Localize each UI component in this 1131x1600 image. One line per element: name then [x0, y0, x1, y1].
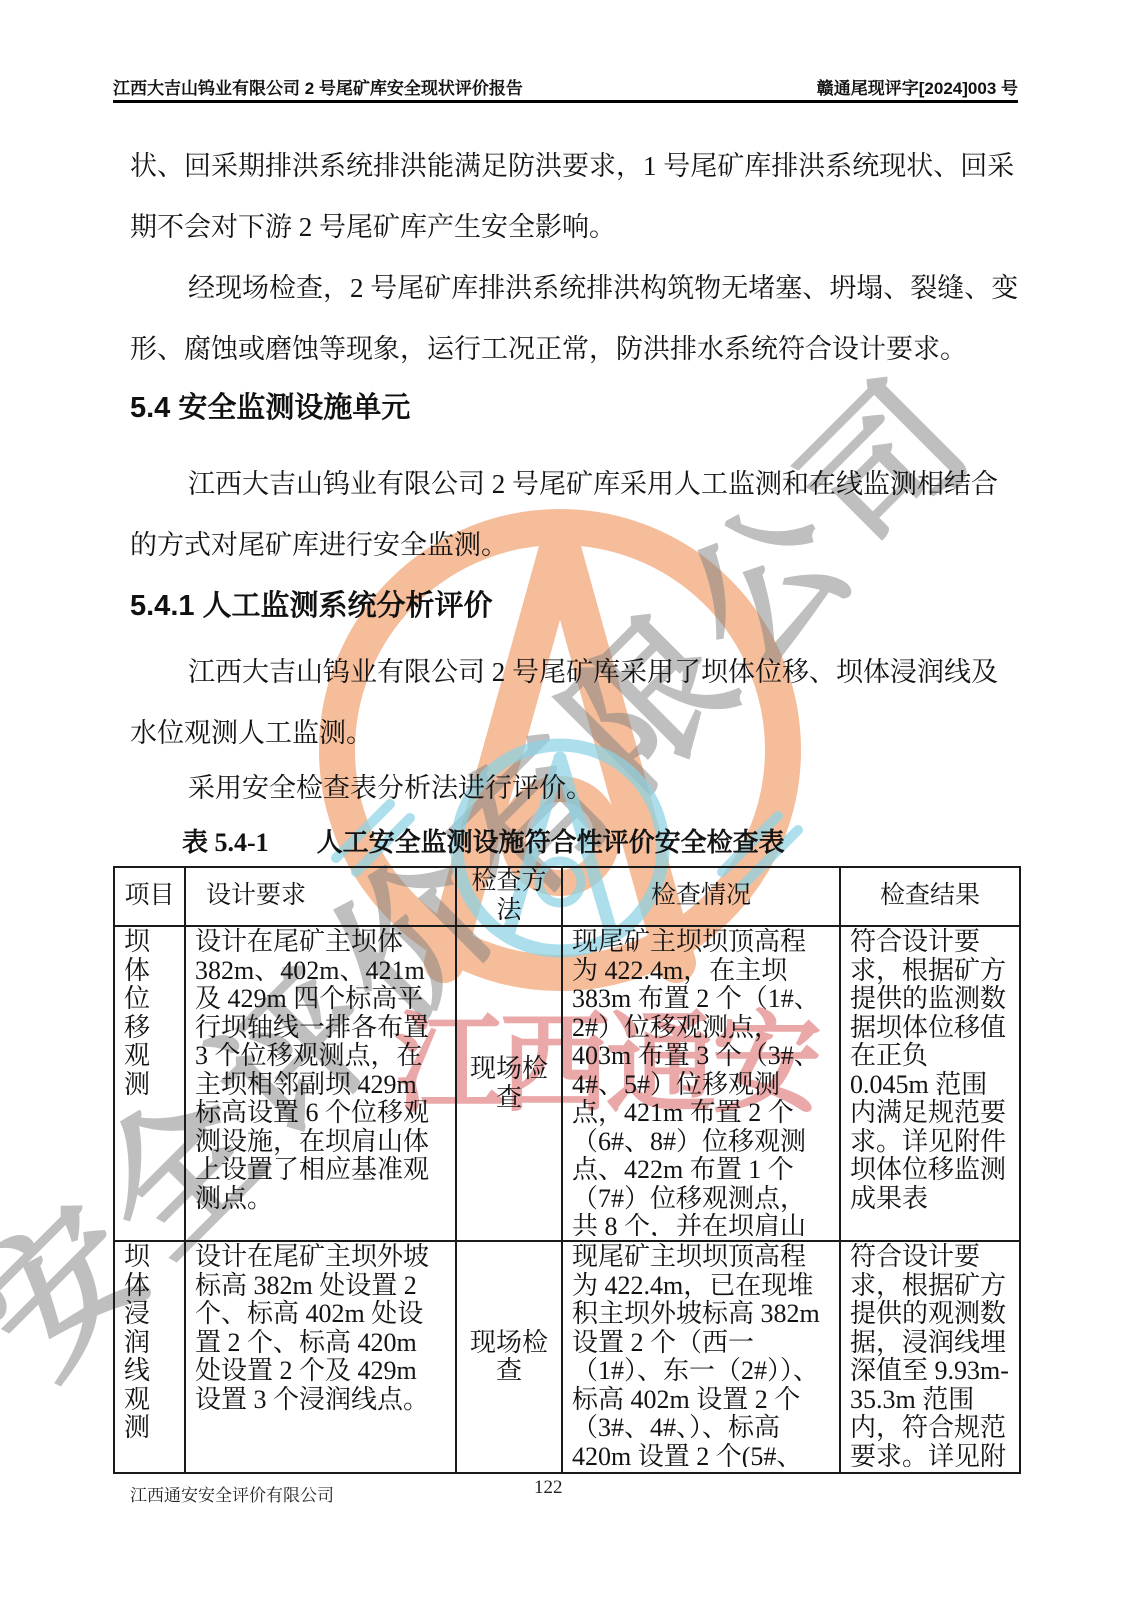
table-row: 坝体浸润线观测 设计在尾矿主坝外坡标高 382m 处设置 2 个、标高 402m… [114, 1241, 1020, 1473]
column-header-result: 检查结果 [840, 867, 1020, 926]
header-report-title: 江西大吉山钨业有限公司 2 号尾矿库安全现状评价报告 [113, 74, 523, 99]
cell-item: 坝体浸润线观测 [114, 1241, 185, 1473]
paragraph-3-line-1: 江西大吉山钨业有限公司 2 号尾矿库采用人工监测和在线监测相结合 [188, 467, 998, 501]
footer-company: 江西通安安全评价有限公司 [130, 1481, 334, 1506]
table-caption: 表 5.4-1人工安全监测设施符合性评价安全检查表 [182, 822, 785, 859]
header-doc-number: 赣通尾现评字[2024]003 号 [817, 74, 1018, 99]
header-rule [113, 100, 1018, 103]
column-header-method: 检查方法 [456, 867, 562, 926]
paragraph-5: 采用安全检查表分析法进行评价。 [188, 771, 593, 805]
paragraph-2-line-1: 经现场检查，2 号尾矿库排洪系统排洪构筑物无堵塞、坍塌、裂缝、变 [188, 271, 1018, 305]
cell-method: 现场检查 [456, 1241, 562, 1473]
column-header-situation: 检查情况 [562, 867, 840, 926]
paragraph-3-line-2: 的方式对尾矿库进行安全监测。 [130, 528, 508, 562]
paragraph-4-line-2: 水位观测人工监测。 [130, 716, 373, 750]
heading-5-4: 5.4 安全监测设施单元 [130, 390, 410, 426]
table-caption-label: 表 5.4-1 [182, 822, 269, 859]
content-layer: 江西大吉山钨业有限公司 2 号尾矿库安全现状评价报告 赣通尾现评字[2024]0… [0, 0, 1131, 1600]
column-header-design: 设计要求 [185, 867, 456, 926]
document-page: 安全评价有限公司 江西通安 江西大吉山钨业有限公司 2 号尾矿库安全现状评价报告… [0, 0, 1131, 1600]
page-header: 江西大吉山钨业有限公司 2 号尾矿库安全现状评价报告 赣通尾现评字[2024]0… [113, 74, 1018, 99]
cell-item: 坝体位移观测 [114, 926, 185, 1241]
paragraph-4-line-1: 江西大吉山钨业有限公司 2 号尾矿库采用了坝体位移、坝体浸润线及 [188, 655, 998, 689]
table-header-row: 项目 设计要求 检查方法 检查情况 检查结果 [114, 867, 1020, 926]
cell-design: 设计在尾矿主坝体 382m、402m、421m 及 429m 四个标高平行坝轴线… [185, 926, 456, 1241]
column-header-item: 项目 [114, 867, 185, 926]
safety-checklist-table: 项目 设计要求 检查方法 检查情况 检查结果 坝体位移观测 设计在尾矿主坝体 3… [113, 866, 1021, 1474]
cell-situation: 现尾矿主坝坝顶高程为 422.4m，已在现堆积主坝外坡标高 382m 设置 2 … [562, 1241, 840, 1473]
cell-result: 符合设计要求，根据矿方提供的观测数据，浸润线埋深值至 9.93m-35.3m 范… [840, 1241, 1020, 1473]
footer-page-number: 122 [534, 1477, 563, 1499]
paragraph-1-line-1: 状、回采期排洪系统排洪能满足防洪要求，1 号尾矿库排洪系统现状、回采 [130, 149, 1014, 183]
table-row: 坝体位移观测 设计在尾矿主坝体 382m、402m、421m 及 429m 四个… [114, 926, 1020, 1241]
paragraph-1-line-2: 期不会对下游 2 号尾矿库产生安全影响。 [130, 210, 616, 244]
cell-result: 符合设计要求，根据矿方提供的监测数据坝体位移值在正负 0.045m 范围内满足规… [840, 926, 1020, 1241]
heading-5-4-1: 5.4.1 人工监测系统分析评价 [130, 588, 493, 624]
table-caption-title: 人工安全监测设施符合性评价安全检查表 [317, 828, 785, 857]
cell-situation: 现尾矿主坝坝顶高程为 422.4m，在主坝 383m 布置 2 个（1#、2#）… [562, 926, 840, 1241]
cell-design: 设计在尾矿主坝外坡标高 382m 处设置 2 个、标高 402m 处设置 2 个… [185, 1241, 456, 1473]
paragraph-2-line-2: 形、腐蚀或磨蚀等现象，运行工况正常，防洪排水系统符合设计要求。 [130, 332, 967, 366]
cell-method: 现场检查 [456, 926, 562, 1241]
